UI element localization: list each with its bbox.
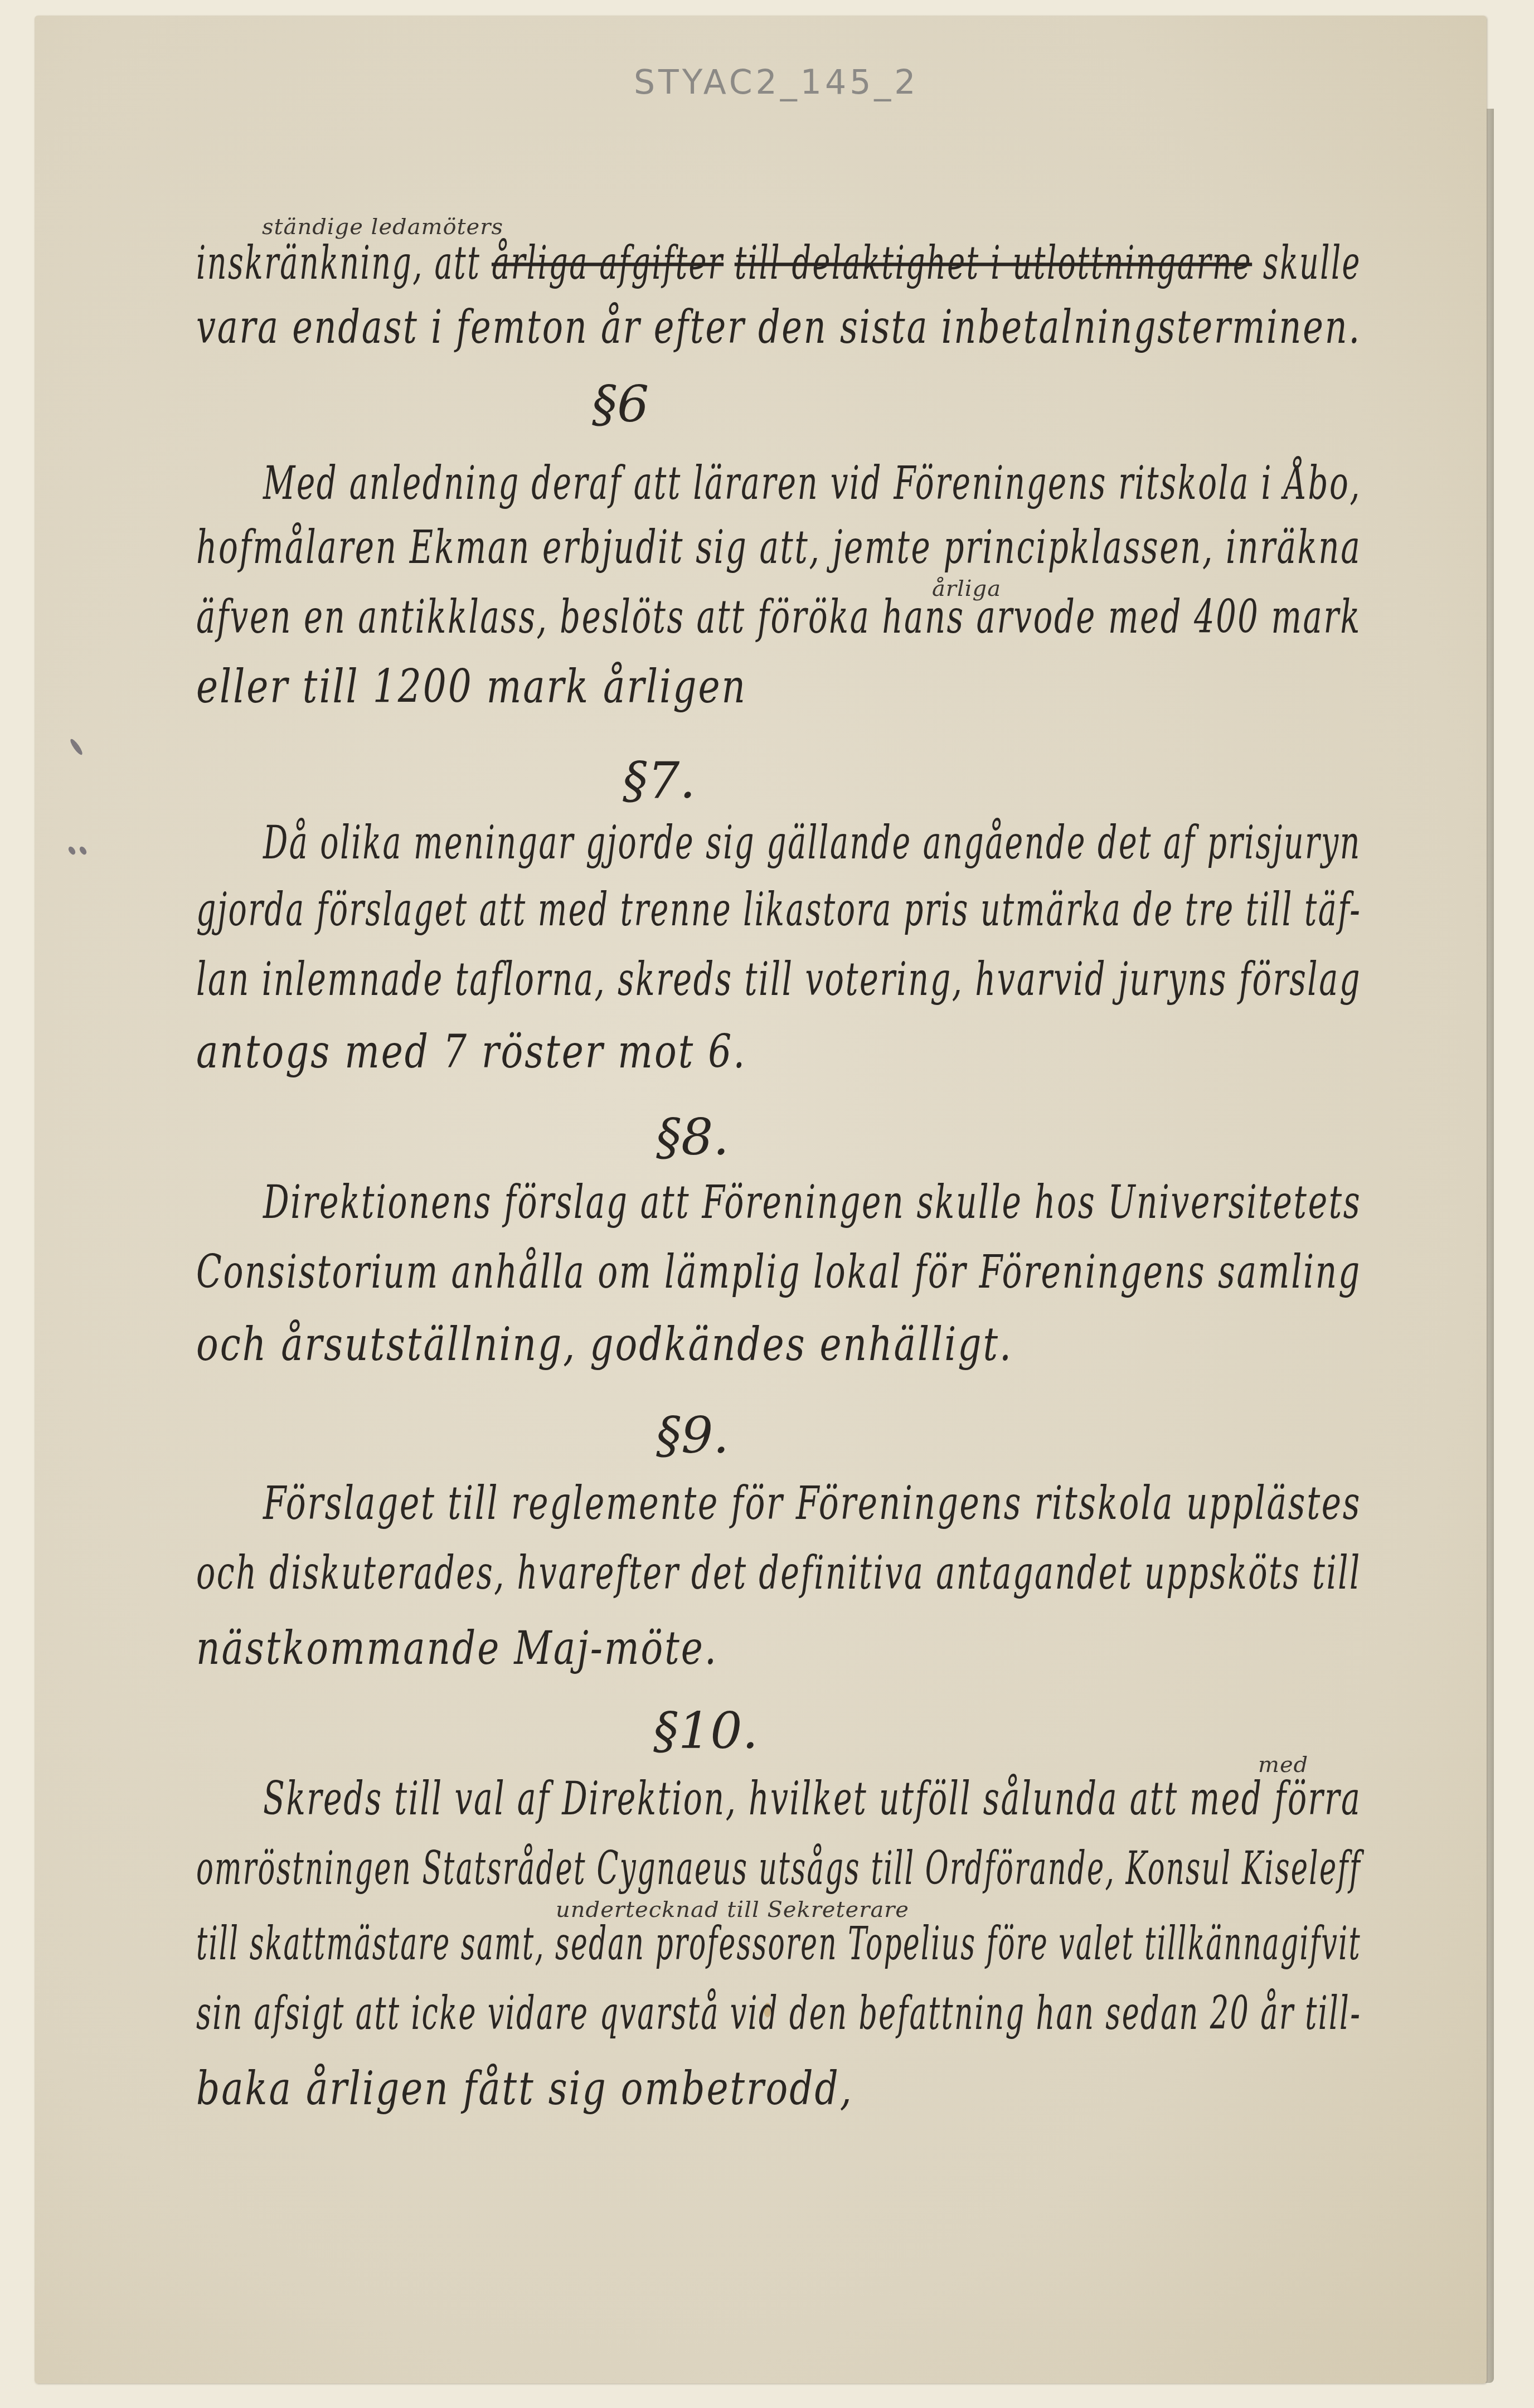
- text-line: lan inlemnade taflorna, skreds till vote…: [196, 953, 1361, 1006]
- text-line: hofmålaren Ekman erbjudit sig att, jemte…: [196, 521, 1361, 574]
- text-line: Consistorium anhålla om lämplig lokal fö…: [196, 1245, 1361, 1299]
- section-mark: §7.: [623, 751, 696, 810]
- section-mark: §10.: [653, 1702, 758, 1760]
- ink-smudge: [69, 737, 84, 756]
- text-line: gjorda förslaget att med trenne likastor…: [196, 883, 1361, 936]
- section-mark: §6: [592, 375, 649, 434]
- text-line: omröstningen Statsrådet Cygnaeus utsågs …: [196, 1842, 1361, 1895]
- text-line: och diskuterades, hvarefter det definiti…: [196, 1546, 1361, 1600]
- text-line: vara endast i femton år efter den sista …: [196, 300, 1361, 354]
- text-line: äfven en antikklass, beslöts att föröka …: [196, 590, 1361, 644]
- struck-text: årliga afgifter: [492, 236, 724, 290]
- ink-smudge: [78, 846, 88, 856]
- section-mark: §8.: [656, 1108, 729, 1167]
- text-line: antogs med 7 röster mot 6.: [196, 1025, 746, 1079]
- text-line: eller till 1200 mark årligen: [196, 660, 747, 713]
- text-line: inskränkning, att årliga afgifter till d…: [196, 236, 1361, 290]
- ink-smudge: [67, 846, 76, 856]
- text-line: baka årligen fått sig ombetrodd,: [196, 2062, 853, 2115]
- text-line: Skreds till val af Direktion, hvilket ut…: [263, 1772, 1361, 1826]
- text-line: nästkommande Maj-möte.: [196, 1621, 718, 1675]
- text-line: sin afsigt att icke vidare qvarstå vid d…: [196, 1987, 1361, 2040]
- text-line: till skattmästare samt, sedan professore…: [196, 1917, 1361, 1970]
- shelfmark-label: STYAC2_145_2: [634, 63, 919, 102]
- text-line: Direktionens förslag att Föreningen skul…: [263, 1176, 1361, 1229]
- struck-text: till delaktighet i utlottningarne: [735, 236, 1252, 290]
- section-mark: §9.: [656, 1406, 729, 1465]
- text-line: och årsutställning, godkändes enhälligt.: [196, 1318, 1013, 1371]
- text-line: Med anledning deraf att läraren vid Före…: [263, 457, 1361, 510]
- manuscript-page: STYAC2_145_2 ständige ledamöters inskrän…: [35, 16, 1487, 2383]
- text-line: Förslaget till reglemente för Föreningen…: [263, 1477, 1361, 1530]
- text-line: Då olika meningar gjorde sig gällande an…: [263, 816, 1361, 870]
